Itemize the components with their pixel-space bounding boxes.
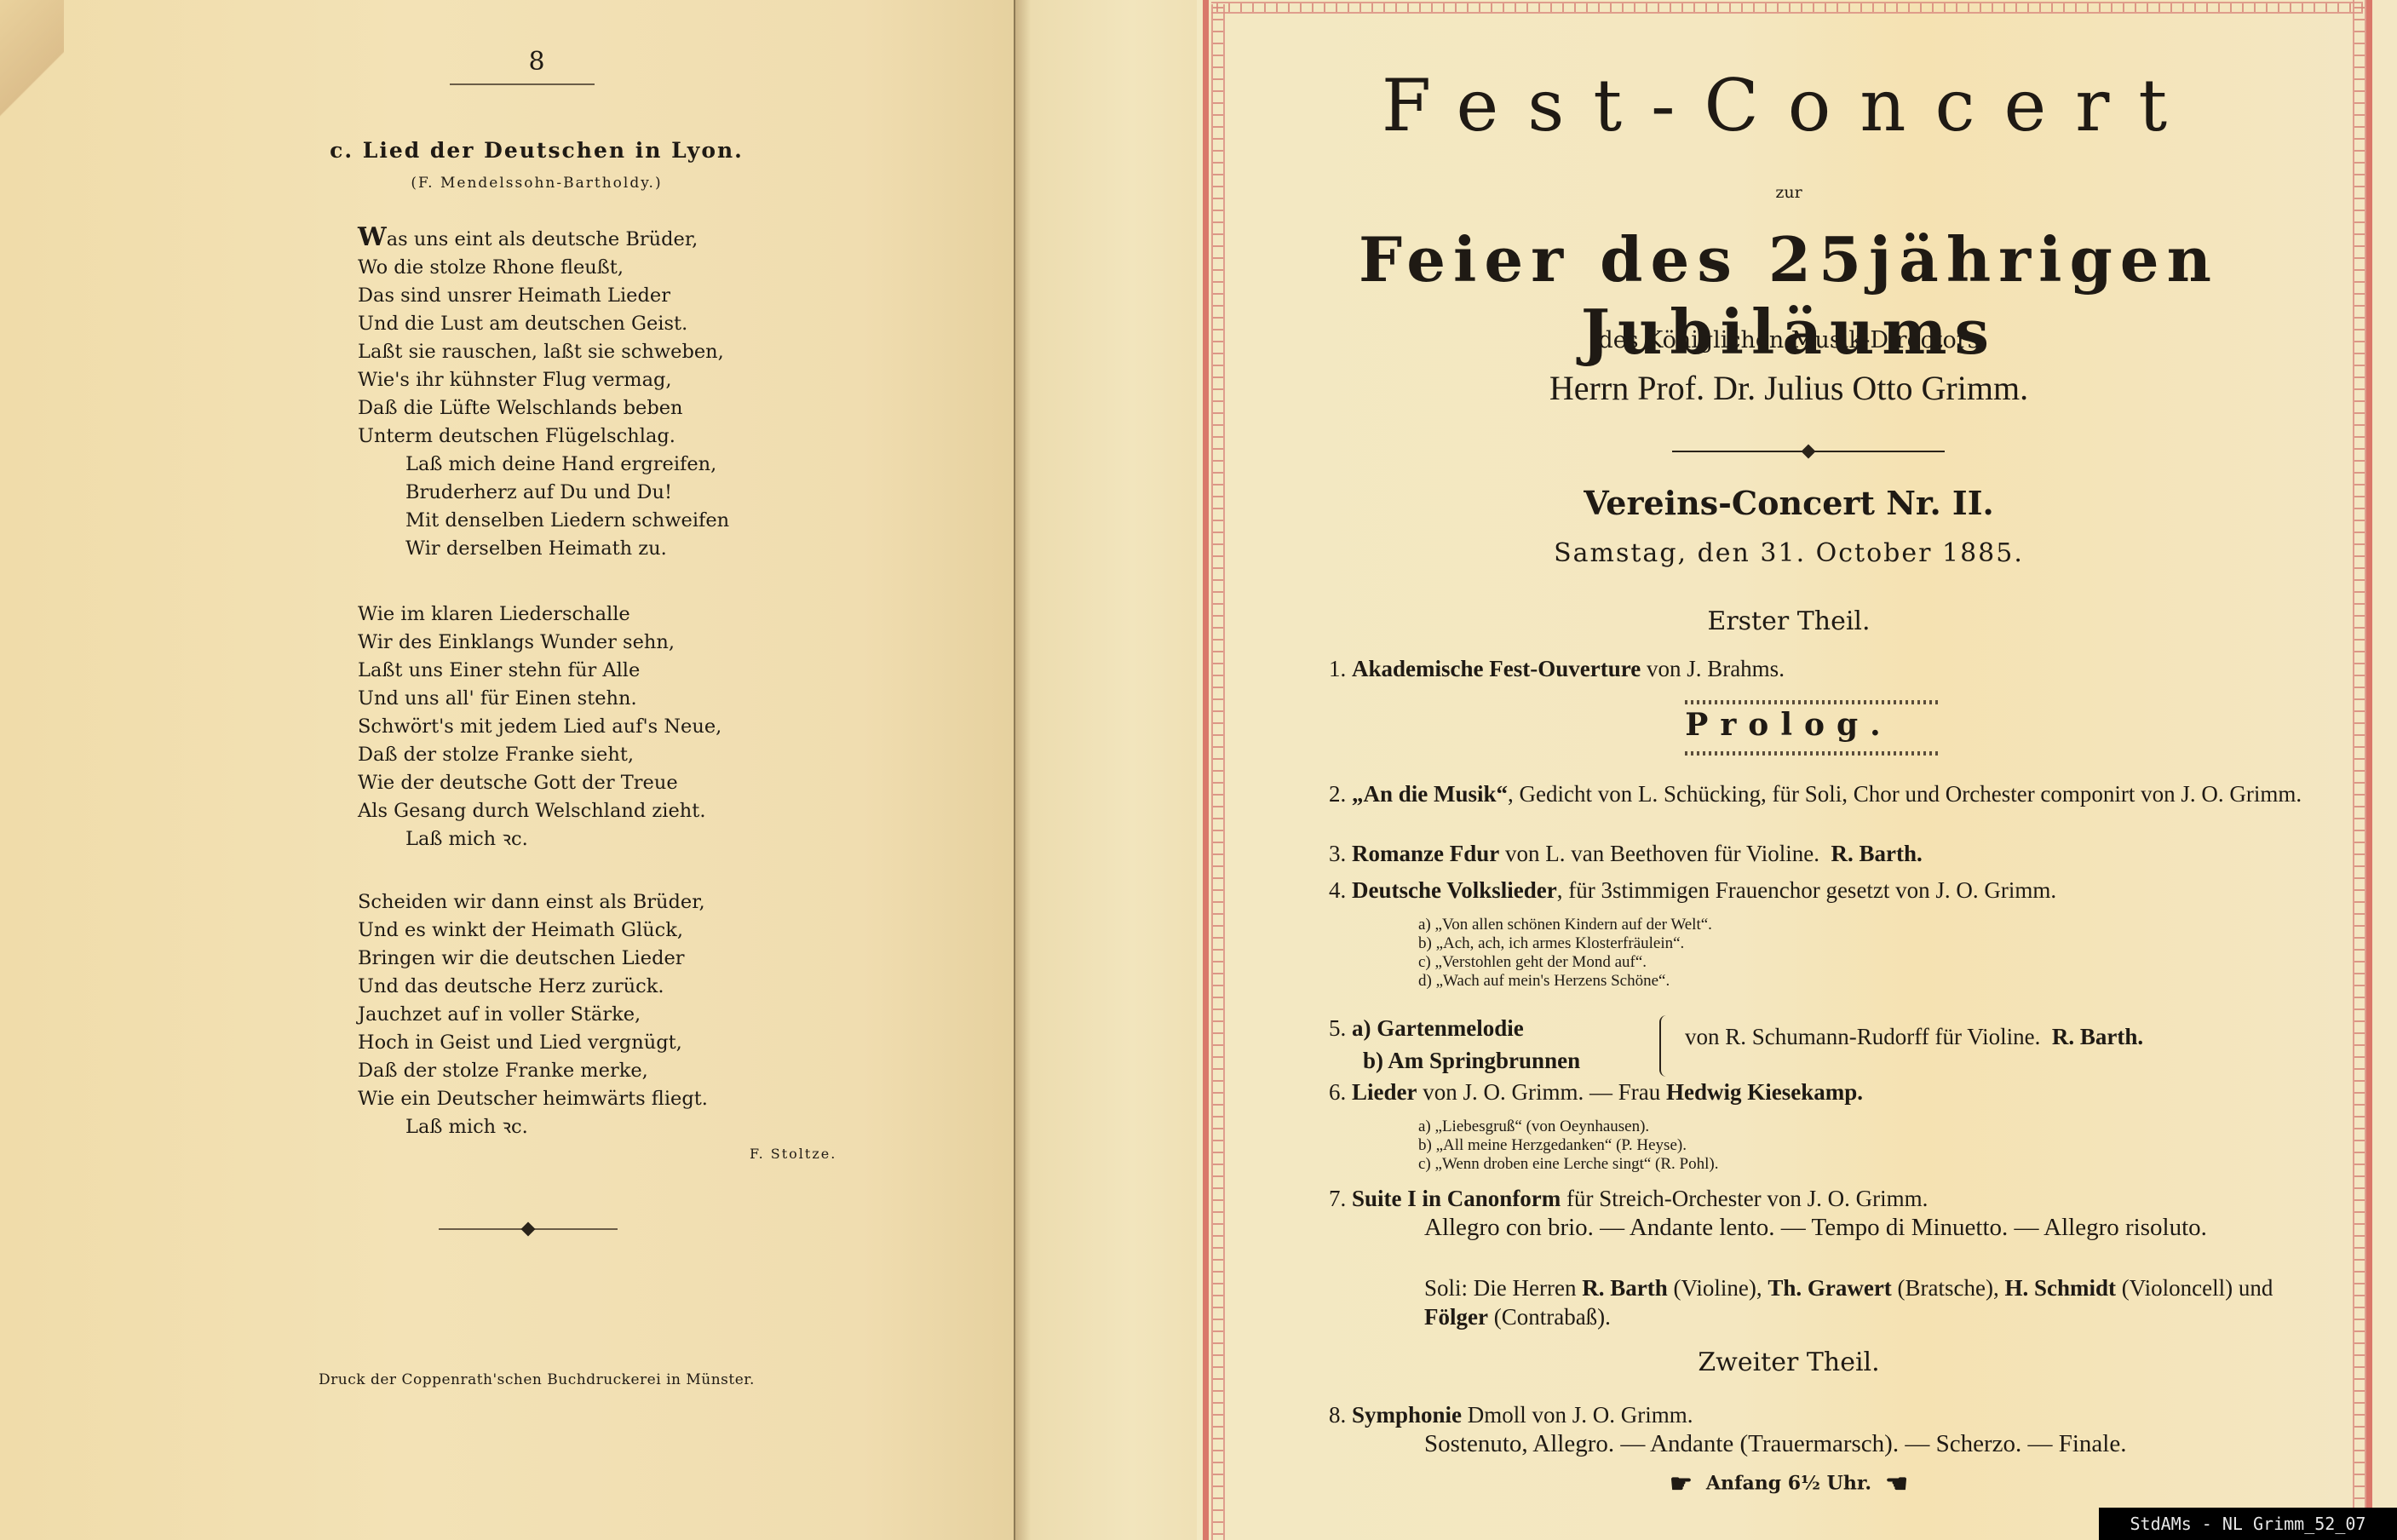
soloist: Fölger xyxy=(1424,1304,1488,1330)
work-title: „An die Musik“ xyxy=(1352,781,1508,807)
performer: Hedwig Kiesekamp. xyxy=(1666,1079,1863,1105)
soloist: H. Schmidt xyxy=(2005,1275,2117,1301)
archive-watermark: StdAMs - NL Grimm_52_07 xyxy=(2099,1508,2397,1540)
subitem: c) „Wenn droben eine Lerche singt“ (R. P… xyxy=(1418,1155,1718,1174)
wavy-rule-bottom xyxy=(1685,751,1940,756)
verse-line: Laßt sie rauschen, laßt sie schweben, xyxy=(358,338,729,366)
verse-line: Und es winkt der Heimath Glück, xyxy=(358,917,708,945)
pointing-hand-right-icon: ☛ xyxy=(1670,1469,1693,1499)
part-one-heading: Erster Theil. xyxy=(1227,606,2351,636)
work-title: Romanze Fdur xyxy=(1352,841,1499,866)
page-gutter xyxy=(1014,0,1211,1540)
verse-line: Und das deutsche Herz zurück. xyxy=(358,973,708,1001)
soloist: Th. Grawert xyxy=(1768,1275,1891,1301)
item-number: 7. xyxy=(1329,1186,1346,1211)
program-item-3: 3. Romanze Fdur von L. van Beethoven für… xyxy=(1329,839,2308,868)
verse-line: Jauchzet auf in voller Stärke, xyxy=(358,1001,708,1029)
item-number: 6. xyxy=(1329,1079,1346,1105)
page-number: 8 xyxy=(477,47,596,77)
work-details: , Gedicht von L. Schücking, für Soli, Ch… xyxy=(1508,781,2302,807)
work-details: von L. van Beethoven für Violine. xyxy=(1499,841,1819,866)
soli-intro: Die Herren xyxy=(1468,1275,1582,1301)
refrain-line: Mit denselben Liedern schweifen xyxy=(358,507,729,535)
greek-key-border-right xyxy=(2353,0,2366,1540)
concert-date: Samstag, den 31. October 1885. xyxy=(1227,538,2351,568)
verse-line: Und die Lust am deutschen Geist. xyxy=(358,310,729,338)
start-time-line: ☛Anfang 6½ Uhr.☚ xyxy=(1227,1469,2351,1499)
subitem: a) „Von allen schönen Kindern auf der We… xyxy=(1418,916,1712,934)
work-details: von R. Schumann-Rudorff für Violine. xyxy=(1685,1024,2040,1049)
program-item-5-details: von R. Schumann-Rudorff für Violine. R. … xyxy=(1685,1022,2298,1051)
subitem: a) „Liebesgruß“ (von Oeynhausen). xyxy=(1418,1118,1718,1136)
verse-line: Was uns eint als deutsche Brüder, xyxy=(358,223,729,254)
refrain-line: Laß mich ꝛc. xyxy=(358,1113,708,1141)
director-line: des Königlichen Musik-Directors xyxy=(1227,327,2351,353)
work-title: Symphonie xyxy=(1352,1402,1462,1428)
folded-corner xyxy=(0,0,64,128)
verse-line: Scheiden wir dann einst als Brüder, xyxy=(358,888,708,917)
prolog-heading: Prolog. xyxy=(1227,707,2351,743)
scanned-document: 8 c. Lied der Deutschen in Lyon. (F. Men… xyxy=(0,0,2397,1540)
program-item-7: 7. Suite I in Canonform für Streich-Orch… xyxy=(1329,1184,2308,1213)
verse-line: Als Gesang durch Welschland zieht. xyxy=(358,797,721,825)
work-title: Deutsche Volkslieder xyxy=(1352,877,1557,903)
pointing-hand-left-icon: ☚ xyxy=(1885,1469,1908,1499)
item-8-movements: Sostenuto, Allegro. — Andante (Trauermar… xyxy=(1424,1429,2310,1458)
work-title: Lieder xyxy=(1352,1079,1417,1105)
verse-line: Wie der deutsche Gott der Treue xyxy=(358,769,721,797)
concert-name: Vereins-Concert Nr. II. xyxy=(1227,484,2351,522)
item-6-subitems: a) „Liebesgruß“ (von Oeynhausen). b) „Al… xyxy=(1418,1118,1718,1174)
concert-title: Fest-Concert xyxy=(1227,64,2351,147)
program-item-5b: b) Am Springbrunnen xyxy=(1363,1046,1704,1075)
title-zur: zur xyxy=(1227,183,2351,202)
item-number: 2. xyxy=(1329,781,1346,807)
greek-key-border-left xyxy=(1211,4,1225,1540)
work-details: Dmoll von J. O. Grimm. xyxy=(1462,1402,1693,1428)
program-item-1: 1. Akademische Fest-Ouverture von J. Bra… xyxy=(1329,654,2308,683)
verse-line: Unterm deutschen Flügelschlag. xyxy=(358,422,729,451)
red-border-right xyxy=(2366,0,2372,1540)
stanza-2: Wie im klaren Liederschalle Wir des Eink… xyxy=(358,600,721,853)
verse-line: Laßt uns Einer stehn für Alle xyxy=(358,657,721,685)
verse-line: Daß der stolze Franke merke, xyxy=(358,1057,708,1085)
refrain-line: Laß mich deine Hand ergreifen, xyxy=(358,451,729,479)
item-number: 5. xyxy=(1329,1015,1346,1041)
work-title: Akademische Fest-Ouverture xyxy=(1352,656,1641,681)
performer: R. Barth. xyxy=(2052,1024,2143,1049)
verse-line: Wie ein Deutscher heimwärts fliegt. xyxy=(358,1085,708,1113)
start-time: Anfang 6½ Uhr. xyxy=(1706,1473,1871,1495)
brace xyxy=(1659,1015,1670,1077)
work-title-a: a) Gartenmelodie xyxy=(1352,1015,1524,1041)
performer: R. Barth. xyxy=(1831,841,1923,866)
work-title: Suite I in Canonform xyxy=(1352,1186,1561,1211)
item-number: 1. xyxy=(1329,656,1346,681)
program-item-2: 2. „An die Musik“, Gedicht von L. Schück… xyxy=(1329,779,2308,808)
work-details: für Streich-Orchester von J. O. Grimm. xyxy=(1561,1186,1928,1211)
verse-line: Schwört's mit jedem Lied auf's Neue, xyxy=(358,713,721,741)
item-number: 3. xyxy=(1329,841,1346,866)
item-number: 8. xyxy=(1329,1402,1346,1428)
poem-signature: F. Stoltze. xyxy=(750,1146,836,1162)
subitem: b) „Ach, ach, ich armes Klosterfräulein“… xyxy=(1418,934,1712,953)
subitem: d) „Wach auf mein's Herzens Schöne“. xyxy=(1418,972,1712,991)
red-border-left xyxy=(1203,0,1209,1540)
verse-line: Wo die stolze Rhone fleußt, xyxy=(358,254,729,282)
item-number: 4. xyxy=(1329,877,1346,903)
page-number-rule xyxy=(450,83,595,85)
verse-line: Bringen wir die deutschen Lieder xyxy=(358,945,708,973)
instrument: (Violine), xyxy=(1668,1275,1768,1301)
verse-line: Und uns all' für Einen stehn. xyxy=(358,685,721,713)
work-details: von J. Brahms. xyxy=(1641,656,1785,681)
instrument: (Bratsche), xyxy=(1892,1275,2005,1301)
refrain-line: Wir derselben Heimath zu. xyxy=(358,535,729,563)
verse-line: Hoch in Geist und Lied vergnügt, xyxy=(358,1029,708,1057)
verse-line: Daß der stolze Franke sieht, xyxy=(358,741,721,769)
work-title-b: b) Am Springbrunnen xyxy=(1363,1048,1580,1073)
soloist: R. Barth xyxy=(1582,1275,1668,1301)
subitem: b) „All meine Herzgedanken“ (P. Heyse). xyxy=(1418,1136,1718,1155)
item-4-subitems: a) „Von allen schönen Kindern auf der We… xyxy=(1418,916,1712,991)
verse-line: Wie im klaren Liederschalle xyxy=(358,600,721,629)
stanza-3: Scheiden wir dann einst als Brüder, Und … xyxy=(358,888,708,1141)
work-details: , für 3stimmigen Frauenchor gesetzt von … xyxy=(1557,877,2056,903)
verse-line: Wir des Einklangs Wunder sehn, xyxy=(358,629,721,657)
honoree-name: Herrn Prof. Dr. Julius Otto Grimm. xyxy=(1227,368,2351,408)
verse-line: Daß die Lüfte Welschlands beben xyxy=(358,394,729,422)
instrument: (Contrabaß). xyxy=(1488,1304,1611,1330)
greek-key-border-top xyxy=(1211,2,2363,14)
refrain-line: Bruderherz auf Du und Du! xyxy=(358,479,729,507)
refrain-line: Laß mich ꝛc. xyxy=(358,825,721,853)
program-item-4: 4. Deutsche Volkslieder, für 3stimmigen … xyxy=(1329,876,2308,905)
song-composer: (F. Mendelssohn-Bartholdy.) xyxy=(256,175,818,192)
item-7-movements: Allegro con brio. — Andante lento. — Tem… xyxy=(1424,1213,2310,1242)
part-two-heading: Zweiter Theil. xyxy=(1227,1347,2351,1377)
song-title: c. Lied der Deutschen in Lyon. xyxy=(256,138,818,163)
stanza-1: Was uns eint als deutsche Brüder, Wo die… xyxy=(358,223,729,563)
verse-line: Das sind unsrer Heimath Lieder xyxy=(358,282,729,310)
verse-line: Wie's ihr kühnster Flug vermag, xyxy=(358,366,729,394)
work-details: von J. O. Grimm. — Frau xyxy=(1417,1079,1666,1105)
item-7-soli: Soli: Die Herren R. Barth (Violine), Th.… xyxy=(1424,1273,2310,1331)
soli-label: Soli: xyxy=(1424,1275,1468,1301)
subitem: c) „Verstohlen geht der Mond auf“. xyxy=(1418,953,1712,972)
program-item-6: 6. Lieder von J. O. Grimm. — Frau Hedwig… xyxy=(1329,1077,2308,1106)
instrument: (Violoncell) und xyxy=(2116,1275,2273,1301)
program-item-8: 8. Symphonie Dmoll von J. O. Grimm. xyxy=(1329,1400,2308,1429)
printer-imprint: Druck der Coppenrath'schen Buchdruckerei… xyxy=(256,1371,818,1388)
wavy-rule-top xyxy=(1685,700,1940,704)
